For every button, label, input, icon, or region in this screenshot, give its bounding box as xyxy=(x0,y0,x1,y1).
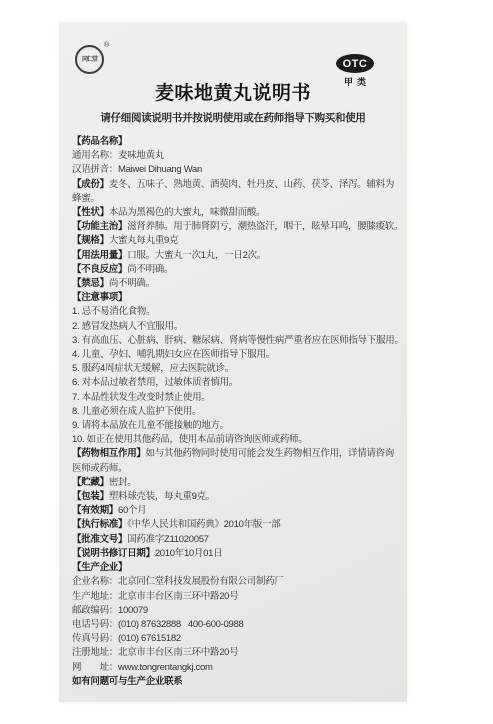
section-label: 【有效期】 xyxy=(72,505,118,516)
document-line: 【批准文号】国药准字Z11020057 xyxy=(72,533,403,547)
document-line: 6. 对本品过敏者禁用，过敏体质者慎用。 xyxy=(72,376,403,390)
line-text: 尚不明确。 xyxy=(127,264,173,275)
document-line: 【说明书修订日期】2010年10月01日 xyxy=(72,547,403,561)
line-text: 2. 感冒发热病人不宜服用。 xyxy=(72,321,183,332)
document-line: 3. 有高血压、心脏病、肝病、糖尿病、肾病等慢性病严重者应在医师指导下服用。 xyxy=(72,334,403,348)
document-line: 生产地址：北京市丰台区南三环中路20号 xyxy=(72,590,403,604)
document-line: 网 址：www.tongrentangkj.com xyxy=(72,661,403,675)
seal-icon: 同仁堂 xyxy=(75,45,104,74)
document-line: 【用法用量】口服。大蜜丸一次1丸，一日2次。 xyxy=(72,249,403,263)
document-line: 注册地址：北京市丰台区南三环中路20号 xyxy=(72,646,403,660)
line-text: 如与其他药物同时使用可能会发生药物相互作用，详情请咨询 xyxy=(146,448,394,459)
line-text: 9. 请将本品放在儿童不能接触的地方。 xyxy=(72,420,229,431)
line-text: 医师或药师。 xyxy=(72,463,127,474)
document-line: 【包装】塑料球壳装，每丸重9克。 xyxy=(72,490,403,504)
line-text: 5. 服药4周症状无缓解，应去医院就诊。 xyxy=(72,363,234,374)
line-text: 口服。大蜜丸一次1丸，一日2次。 xyxy=(127,250,266,261)
document-line: 2. 感冒发热病人不宜服用。 xyxy=(72,320,403,334)
line-text: 如有问题可与生产企业联系 xyxy=(72,676,182,687)
line-text: 大蜜丸每丸重9克 xyxy=(109,235,178,246)
line-text: 传真号码：(010) 67615182 xyxy=(72,633,181,644)
otc-label: OTC xyxy=(336,54,374,73)
seal-logo-text: 同仁堂 xyxy=(82,57,97,63)
line-text: 60个月 xyxy=(118,505,146,516)
document-line: 传真号码：(010) 67615182 xyxy=(72,632,403,646)
tongrentang-seal-logo: 同仁堂 ® xyxy=(75,45,109,75)
document-line: 【药物相互作用】如与其他药物同时使用可能会发生药物相互作用，详情请咨询 xyxy=(72,447,403,461)
line-text: 邮政编码：100079 xyxy=(72,605,148,616)
otc-badge: OTC 甲类 xyxy=(333,54,377,88)
line-text: 电话号码：(010) 87632888 400-600-0988 xyxy=(72,619,243,630)
line-text: 通用名称：麦味地黄丸 xyxy=(72,150,164,161)
section-label: 【规格】 xyxy=(72,235,109,246)
document-line: 电话号码：(010) 87632888 400-600-0988 xyxy=(72,618,403,632)
document-line: 【注意事项】 xyxy=(72,291,403,305)
line-text: 企业名称：北京同仁堂科技发展股份有限公司制药厂 xyxy=(72,576,284,587)
document-line: 【药品名称】 xyxy=(72,135,403,149)
line-text: 麦冬、五味子、熟地黄、酒萸肉、牡丹皮、山药、茯苓、泽泻。辅料为 xyxy=(109,179,394,190)
document-line: 10. 如正在使用其他药品，使用本品前请咨询医师或药师。 xyxy=(72,433,403,447)
document-line: 4. 儿童、孕妇、哺乳期妇女应在医师指导下服用。 xyxy=(72,348,403,362)
document-line: 8. 儿童必须在成人监护下使用。 xyxy=(72,405,403,419)
section-label: 【功能主治】 xyxy=(72,221,127,232)
section-label: 【成份】 xyxy=(72,179,109,190)
line-text: 生产地址：北京市丰台区南三环中路20号 xyxy=(72,591,238,602)
line-text: 7. 本品性状发生改变时禁止使用。 xyxy=(72,392,210,403)
section-label: 【药品名称】 xyxy=(72,136,127,147)
section-label: 【生产企业】 xyxy=(72,562,127,573)
registered-trademark-mark: ® xyxy=(104,42,109,49)
line-text: 汉语拼音：Maiwei Dihuang Wan xyxy=(72,164,202,175)
line-text: 国药准字Z11020057 xyxy=(127,534,208,545)
page-subtitle: 请仔细阅读说明书并按说明使用或在药师指导下购买和使用 xyxy=(59,110,407,125)
line-text: 1. 忌不易消化食物。 xyxy=(72,306,155,317)
document-line: 【成份】麦冬、五味子、熟地黄、酒萸肉、牡丹皮、山药、茯苓、泽泻。辅料为 xyxy=(72,178,403,192)
line-text: 4. 儿童、孕妇、哺乳期妇女应在医师指导下服用。 xyxy=(72,349,275,360)
document-line: 1. 忌不易消化食物。 xyxy=(72,305,403,319)
line-text: 塑料球壳装，每丸重9克。 xyxy=(109,491,215,502)
line-text: 网 址：www.tongrentangkj.com xyxy=(72,662,213,673)
section-label: 【说明书修订日期】 xyxy=(72,548,155,559)
document-line: 5. 服药4周症状无缓解，应去医院就诊。 xyxy=(72,362,403,376)
document-line: 9. 请将本品放在儿童不能接触的地方。 xyxy=(72,419,403,433)
document-line: 【规格】大蜜丸每丸重9克 xyxy=(72,234,403,248)
document-line: 医师或药师。 xyxy=(72,462,403,476)
document-line: 汉语拼音：Maiwei Dihuang Wan xyxy=(72,163,403,177)
section-label: 【贮藏】 xyxy=(72,477,109,488)
line-text: 尚不明确。 xyxy=(109,278,155,289)
document-line: 【性状】本品为黑褐色的大蜜丸，味微甜而酸。 xyxy=(72,206,403,220)
section-label: 【用法用量】 xyxy=(72,250,127,261)
document-line: 企业名称：北京同仁堂科技发展股份有限公司制药厂 xyxy=(72,575,403,589)
line-text: 8. 儿童必须在成人监护下使用。 xyxy=(72,406,201,417)
document-line: 【禁忌】尚不明确。 xyxy=(72,277,403,291)
document-line: 【有效期】60个月 xyxy=(72,504,403,518)
line-text: 蜂蜜。 xyxy=(72,193,100,204)
document-line: 【生产企业】 xyxy=(72,561,403,575)
section-label: 【批准文号】 xyxy=(72,534,127,545)
line-text: 6. 对本品过敏者禁用，过敏体质者慎用。 xyxy=(72,377,238,388)
line-text: 本品为黑褐色的大蜜丸，味微甜而酸。 xyxy=(109,207,265,218)
document-line: 【贮藏】密封。 xyxy=(72,476,403,490)
section-label: 【包装】 xyxy=(72,491,109,502)
line-text: 注册地址：北京市丰台区南三环中路20号 xyxy=(72,647,238,658)
section-label: 【药物相互作用】 xyxy=(72,448,146,459)
document-body: 【药品名称】通用名称：麦味地黄丸汉语拼音：Maiwei Dihuang Wan【… xyxy=(72,135,403,689)
line-text: 《中华人民共和国药典》2010年版一部 xyxy=(127,519,280,530)
document-line: 蜂蜜。 xyxy=(72,192,403,206)
document-line: 7. 本品性状发生改变时禁止使用。 xyxy=(72,391,403,405)
line-text: 滋肾养肺。用于肺肾阴亏，潮热盗汗，咽干，眩晕耳鸣，腰膝痠软。 xyxy=(127,221,403,232)
section-label: 【禁忌】 xyxy=(72,278,109,289)
section-label: 【不良反应】 xyxy=(72,264,127,275)
document-line: 邮政编码：100079 xyxy=(72,604,403,618)
document-line: 【不良反应】尚不明确。 xyxy=(72,263,403,277)
line-text: 密封。 xyxy=(109,477,137,488)
line-text: 2010年10月01日 xyxy=(155,548,222,559)
line-text: 10. 如正在使用其他药品，使用本品前请咨询医师或药师。 xyxy=(72,434,307,445)
section-label: 【注意事项】 xyxy=(72,292,127,303)
line-text: 3. 有高血压、心脏病、肝病、糖尿病、肾病等慢性病严重者应在医师指导下服用。 xyxy=(72,335,404,346)
document-line: 通用名称：麦味地黄丸 xyxy=(72,149,403,163)
leaflet-paper: 同仁堂 ® OTC 甲类 麦味地黄丸说明书 请仔细阅读说明书并按说明使用或在药师… xyxy=(59,22,407,702)
section-label: 【执行标准】 xyxy=(72,519,127,530)
document-line: 如有问题可与生产企业联系 xyxy=(72,675,403,689)
document-line: 【功能主治】滋肾养肺。用于肺肾阴亏，潮热盗汗，咽干，眩晕耳鸣，腰膝痠软。 xyxy=(72,220,403,234)
otc-class-label: 甲类 xyxy=(333,75,377,88)
document-line: 【执行标准】《中华人民共和国药典》2010年版一部 xyxy=(72,518,403,532)
section-label: 【性状】 xyxy=(72,207,109,218)
